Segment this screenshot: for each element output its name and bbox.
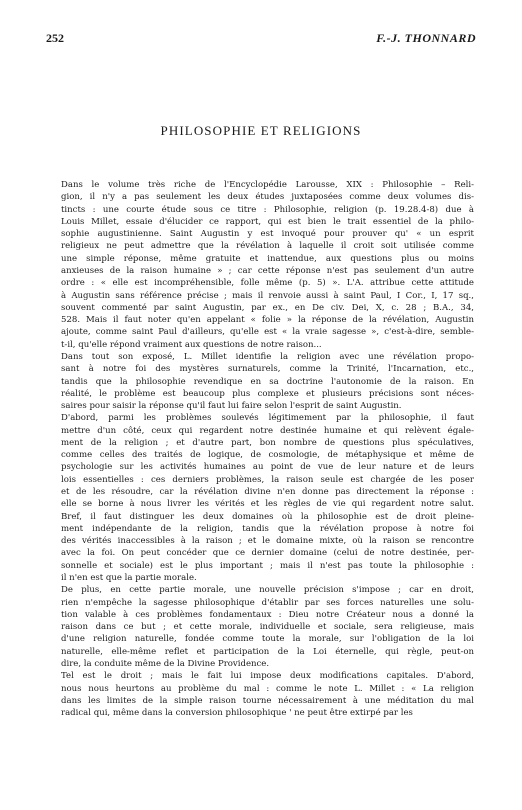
text-line: rien n'empêche la sagesse philosophique … (46, 597, 474, 609)
text-line: naturelle, elle-même reflet et participa… (46, 646, 474, 658)
text-line: dans les limites de la simple raison tou… (46, 695, 474, 707)
text-line: anxieuses de la raison humaine » ; car c… (46, 265, 474, 277)
text-line: gion, il n'y a pas seulement les deux ét… (46, 191, 474, 203)
paragraph: D'abord, parmi les problèmes soulevés lé… (46, 412, 474, 584)
running-head-author: F.-J. THONNARD (376, 31, 476, 46)
text-line: ment indépendante de la religion, tandis… (46, 523, 474, 535)
text-line: une simple réponse, même gratuite et ina… (46, 253, 474, 265)
text-line: ordre : « elle est incompréhensible, fol… (46, 277, 474, 289)
text-line: tincts : une courte étude sous ce titre … (46, 204, 474, 216)
text-line: à Augustin sans référence précise ; mais… (46, 290, 474, 302)
text-line: radical qui, même dans la conversion phi… (46, 707, 474, 719)
text-line: 528. Mais il faut noter qu'en appelant «… (46, 314, 474, 326)
text-line: mettre d'un côté, ceux qui regardent not… (46, 425, 474, 437)
paragraph: Dans tout son exposé, L. Millet identifi… (46, 351, 474, 412)
article-title: PHILOSOPHIE ET RELIGIONS (0, 123, 522, 139)
text-line: sophie augustinienne. Saint Augustin y e… (46, 228, 474, 240)
page-number: 252 (46, 31, 64, 46)
text-line: Dans le volume très riche de l'Encyclopé… (46, 179, 474, 191)
text-line: avec la foi. On peut concéder que ce der… (46, 547, 474, 559)
text-line: D'abord, parmi les problèmes soulevés lé… (46, 412, 474, 424)
text-line: comme celles des traités de logique, de … (46, 449, 474, 461)
text-line: ajoute, comme saint Paul d'ailleurs, qu'… (46, 326, 474, 338)
text-line: nous nous heurtons au problème du mal : … (46, 683, 474, 695)
text-line: Bref, il faut distinguer les deux domain… (46, 511, 474, 523)
article-body: Dans le volume très riche de l'Encyclopé… (46, 179, 474, 719)
text-line: tandis que la philosophie revendique en … (46, 376, 474, 388)
paragraph: Dans le volume très riche de l'Encyclopé… (46, 179, 474, 351)
text-line: raison dans ce but ; et cette morale, in… (46, 621, 474, 633)
text-line: dire, la conduite même de la Divine Prov… (46, 658, 474, 670)
text-line: tion valable à ces problèmes fondamentau… (46, 609, 474, 621)
paragraph: Tel est le droit ; mais le fait lui impo… (46, 670, 474, 719)
text-line: De plus, en cette partie morale, une nou… (46, 584, 474, 596)
text-line: elle se borne à nous livrer les vérités … (46, 498, 474, 510)
text-line: Louis Millet, essaie d'élucider ce rappo… (46, 216, 474, 228)
text-line: il n'en est que la partie morale. (46, 572, 474, 584)
text-line: lois essentielles : ces derniers problèm… (46, 474, 474, 486)
text-line: t-il, qu'elle répond vraiment aux questi… (46, 339, 474, 351)
text-line: sant à notre foi des mystères surnaturel… (46, 363, 474, 375)
text-line: sonnelle et sociale) est le plus importa… (46, 560, 474, 572)
text-line: Tel est le droit ; mais le fait lui impo… (46, 670, 474, 682)
paragraph: De plus, en cette partie morale, une nou… (46, 584, 474, 670)
text-line: ment de la religion ; et d'autre part, b… (46, 437, 474, 449)
text-line: d'une religion naturelle, fondée comme t… (46, 633, 474, 645)
text-line: saires pour saisir la réponse qu'il faut… (46, 400, 474, 412)
text-line: des vérités inaccessibles à la raison ; … (46, 535, 474, 547)
running-head: 252 F.-J. THONNARD (46, 31, 476, 47)
text-line: Dans tout son exposé, L. Millet identifi… (46, 351, 474, 363)
text-line: et de les résoudre, car la révélation di… (46, 486, 474, 498)
text-line: réalité, le problème est beaucoup plus c… (46, 388, 474, 400)
text-line: souvent commenté par saint Augustin, par… (46, 302, 474, 314)
text-line: psychologie sur les activités humaines a… (46, 461, 474, 473)
text-line: religieux ne peut admettre que la révéla… (46, 240, 474, 252)
